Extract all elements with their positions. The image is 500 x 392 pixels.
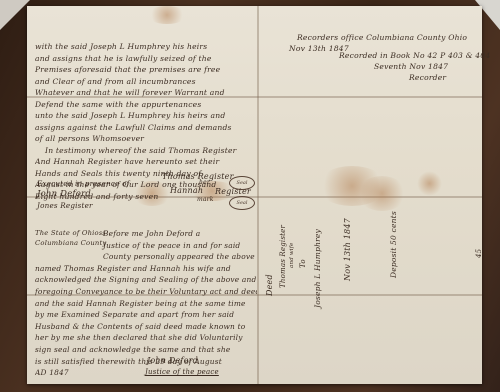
text-line: Justice of the peace in and for said [35,240,257,252]
acknowledgment-text: Before me John Deford a Justice of the p… [35,228,257,379]
text-line: In testimony whereof the said Thomas Reg… [35,145,257,157]
stain [357,176,407,211]
text-line: foregoing Conveyance to be their Volunta… [35,286,257,298]
text-line: and assigns that he is lawfully seized o… [35,53,257,65]
docket-to: To [299,259,307,268]
text-line: sign seal and acknowledge the same and t… [35,344,257,356]
docket-and-wife-label: and wife [289,243,295,268]
seal-icon: Seal [229,196,255,210]
docket-date: Nov 13th 1847 [343,218,352,281]
docket-grantor: Thomas Register [279,225,287,288]
text-line: unto the said Joseph L Humphrey his heir… [35,110,257,122]
docket-and-wife: and wife [289,243,295,268]
text-line: Whatever and that he will forever Warran… [35,87,257,99]
docket-to-label: To [299,259,307,268]
stain [147,6,187,24]
stain [417,171,442,196]
docket-grantee: Joseph L Humphrey [313,229,322,308]
docket-title: Deed [265,274,274,296]
docket-deposit-text: Deposit 50 cents [389,211,398,278]
justice-title: Justice of the peace [145,368,219,376]
text-line: acknowledged the Signing and Sealing of … [35,274,257,286]
text-line: Defend the same with the appurtenances [35,99,257,111]
docket-parties: Thomas Register [279,225,287,288]
text-line: with the said Joseph L Humphrey his heir… [35,41,257,53]
deed-document: with the said Joseph L Humphrey his heir… [27,6,482,384]
mark-label: mark [197,196,214,203]
docket-deposit: Deposit 50 cents [389,211,398,278]
recorder-office-line: Recorders office Columbiana County Ohio [289,32,490,43]
text-line: And Hannah Register have hereunto set th… [35,156,257,168]
grantor-signature-thomas: Thomas Register [162,172,234,181]
text-line: by me Examined Separate and apart from h… [35,309,257,321]
seal-icon: Seal [229,176,255,190]
text-line: Before me John Deford a [35,228,257,240]
text-line: Premises aforesaid that the premises are… [35,64,257,76]
witness-block: Executed in presence of John Deford Jone… [37,178,129,211]
text-line: is still satisfied therewith this 29 day… [35,356,257,368]
executed-in-presence-label: Executed in presence of [37,178,129,189]
witness-signature: John Deford [37,189,129,200]
page-mark: 45 [475,249,483,258]
text-line: of all persons Whomsoever [35,133,257,145]
grantor-signature-hannah: Hannah [170,186,203,195]
text-line: Husband & the Contents of said deed made… [35,321,257,333]
text-line: and Clear of and from all incumbrances [35,76,257,88]
recorder-title: Recorder [289,72,490,83]
recorder-date-line: Seventh Nov 1847 [289,61,490,72]
mark-her-label: her [199,179,210,186]
page-mark-text: 45 [475,249,483,258]
justice-signature: John Deford [147,356,198,365]
text-line: her by me she then declared that she did… [35,332,257,344]
text-line: assigns against the Lawfull Claims and d… [35,122,257,134]
witness-signature: Jones Register [37,200,129,211]
vertical-fold-line [257,6,259,384]
docket-date-text: Nov 13th 1847 [343,218,352,281]
docket-deed-label: Deed [265,274,274,296]
text-line: and the said Hannah Register being at th… [35,298,257,310]
docket-grantee-name: Joseph L Humphrey [313,229,322,308]
text-line: named Thomas Register and Hannah his wif… [35,263,257,275]
recorder-note: Recorders office Columbiana County Ohio … [289,32,490,83]
text-line: County personally appeared the above [35,251,257,263]
